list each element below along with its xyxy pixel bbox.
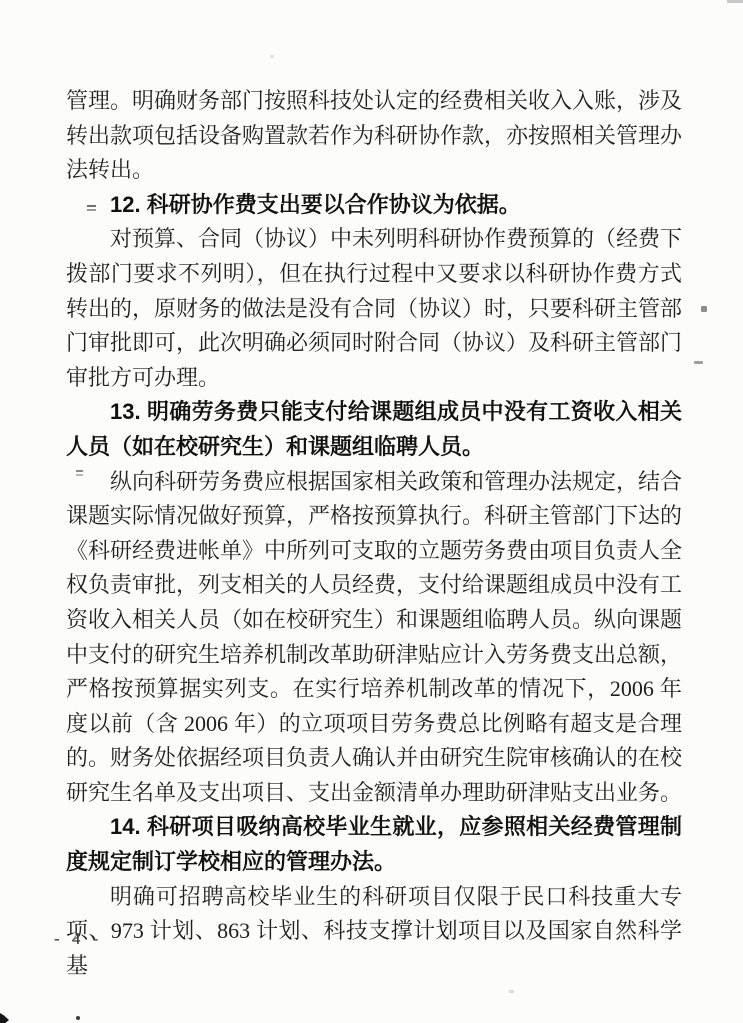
margin-tick-mark-1: [87, 205, 96, 207]
paragraph-section-14: 明确可招聘高校毕业生的科研项目仅限于民口科技重大专项、973 计划、863 计划…: [66, 880, 682, 984]
paragraph-section-12: 对预算、合同（协议）中未列明科研协作费预算的（经费下拨部门要求不列明），但在执行…: [66, 222, 682, 395]
scan-dash-top-right: [727, 0, 743, 3]
section-heading-13: 13. 明确劳务费只能支付给课题组成员中没有工资收入相关人员（如在校研究生）和课…: [66, 395, 682, 464]
scan-speck-faint-1: [509, 990, 514, 993]
paragraph-section-13: 纵向科研劳务费应根据国家相关政策和管理办法规定，结合课题实际情况做好预算，严格按…: [66, 465, 682, 811]
paragraph-continuation-item11: 管理。明确财务部门按照科技处认定的经费相关收入入账，涉及转出款项包括设备购置款若…: [66, 84, 682, 188]
page-number: - 4 -: [54, 929, 102, 949]
section-heading-14: 14. 科研项目吸纳高校毕业生就业，应参照相关经费管理制度规定制订学校相应的管理…: [66, 810, 682, 879]
scan-speck-right-1: [701, 306, 707, 312]
margin-tick-mark-2: [76, 470, 83, 472]
page-content: 管理。明确财务部门按照科技处认定的经费相关收入入账，涉及转出款项包括设备购置款若…: [66, 84, 682, 983]
section-heading-12: 12. 科研协作费支出要以合作协议为依据。: [66, 188, 682, 223]
scan-speck-faint-2: [270, 55, 274, 58]
scanned-document-page: 管理。明确财务部门按照科技处认定的经费相关收入入账，涉及转出款项包括设备购置款若…: [0, 0, 743, 1023]
scan-speck-right-2: [694, 361, 703, 364]
ink-wedge-bottom-left: [0, 1013, 9, 1023]
scan-dot-bottom: [76, 1016, 80, 1020]
